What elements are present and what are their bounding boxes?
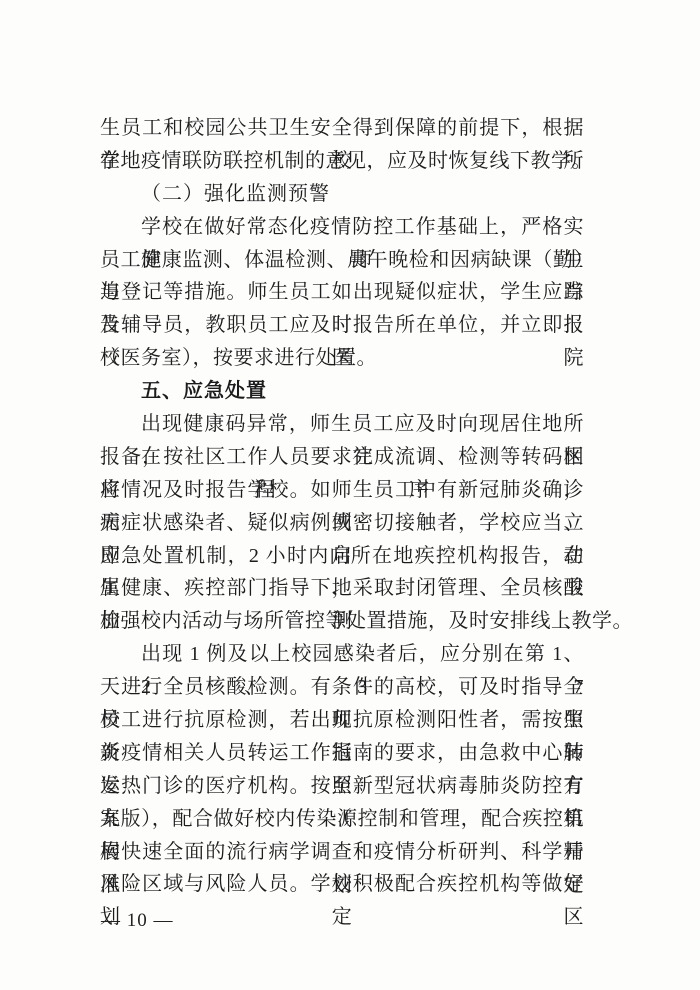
text-line: 告辅导员，教职员工应及时报告所在单位，并立即报校医院 — [100, 309, 584, 342]
document-page: 生员工和校园公共卫生安全得到保障的前提下，根据学校所在地疫情联防联控机制的意见，… — [0, 0, 700, 990]
text-line: 炎疫情相关人员转运工作指南的要求，由急救中心转运至有 — [100, 737, 584, 770]
text-line: 发热门诊的医疗机构。按照新型冠状病毒肺炎防控方案（第 — [100, 770, 584, 803]
text-line: 与登记等措施。师生员工如出现疑似症状，学生应当及时报 — [100, 276, 584, 309]
text-line: 加强校内活动与场所管控等处置措施，及时安排线上教学。 — [100, 605, 584, 638]
text-line: 风险区域与风险人员。学校积极配合疾控机构等做好划定区 — [100, 868, 584, 901]
text-line: 报备，按社区工作人员要求完成流调、检测等转码相应程序， — [100, 441, 584, 474]
text-line: 应急处置机制，2 小时内向所在地疾控机构报告，在属地卫 — [100, 540, 584, 573]
page-number: — 10 — — [101, 910, 174, 932]
text-line: 将情况及时报告学校。如师生员工中有新冠肺炎确诊病例、 — [100, 474, 584, 507]
text-line: 生员工和校园公共卫生安全得到保障的前提下，根据学校所 — [100, 112, 584, 145]
subsection-heading: （二）强化监测预警 — [100, 178, 584, 211]
text-line: 员工健康监测、体温检测、晨午晚检和因病缺课（勤）追踪 — [100, 244, 584, 277]
text-line: 在地疫情联防联控机制的意见，应及时恢复线下教学。 — [100, 145, 584, 178]
text-line: 学校在做好常态化疫情防控工作基础上，严格实施师生 — [100, 211, 584, 244]
text-line: 出现健康码异常，师生员工应及时向现居住地所在社区 — [100, 408, 584, 441]
section-heading: 五、应急处置 — [100, 375, 584, 408]
text-line: 九版），配合做好校内传染源控制和管理，配合疾控机构开 — [100, 803, 584, 836]
text-line: 无症状感染者、疑似病例或密切接触者，学校应当立即启动 — [100, 507, 584, 540]
text-line: 展快速全面的流行病学调查和疫情分析研判、科学精准划定 — [100, 836, 584, 869]
text-line: 出现 1 例及以上校园感染者后，应分别在第 1、2、3、7 — [100, 638, 584, 671]
text-line: 生健康、疾控部门指导下，采取封闭管理、全员核酸检测、 — [100, 572, 584, 605]
text-line: 天进行全员核酸检测。有条件的高校，可及时指导全校师生 — [100, 671, 584, 704]
text-line: 员工进行抗原检测，若出现抗原检测阳性者，需按照新冠肺 — [100, 704, 584, 737]
document-body: 生员工和校园公共卫生安全得到保障的前提下，根据学校所在地疫情联防联控机制的意见，… — [100, 112, 584, 901]
